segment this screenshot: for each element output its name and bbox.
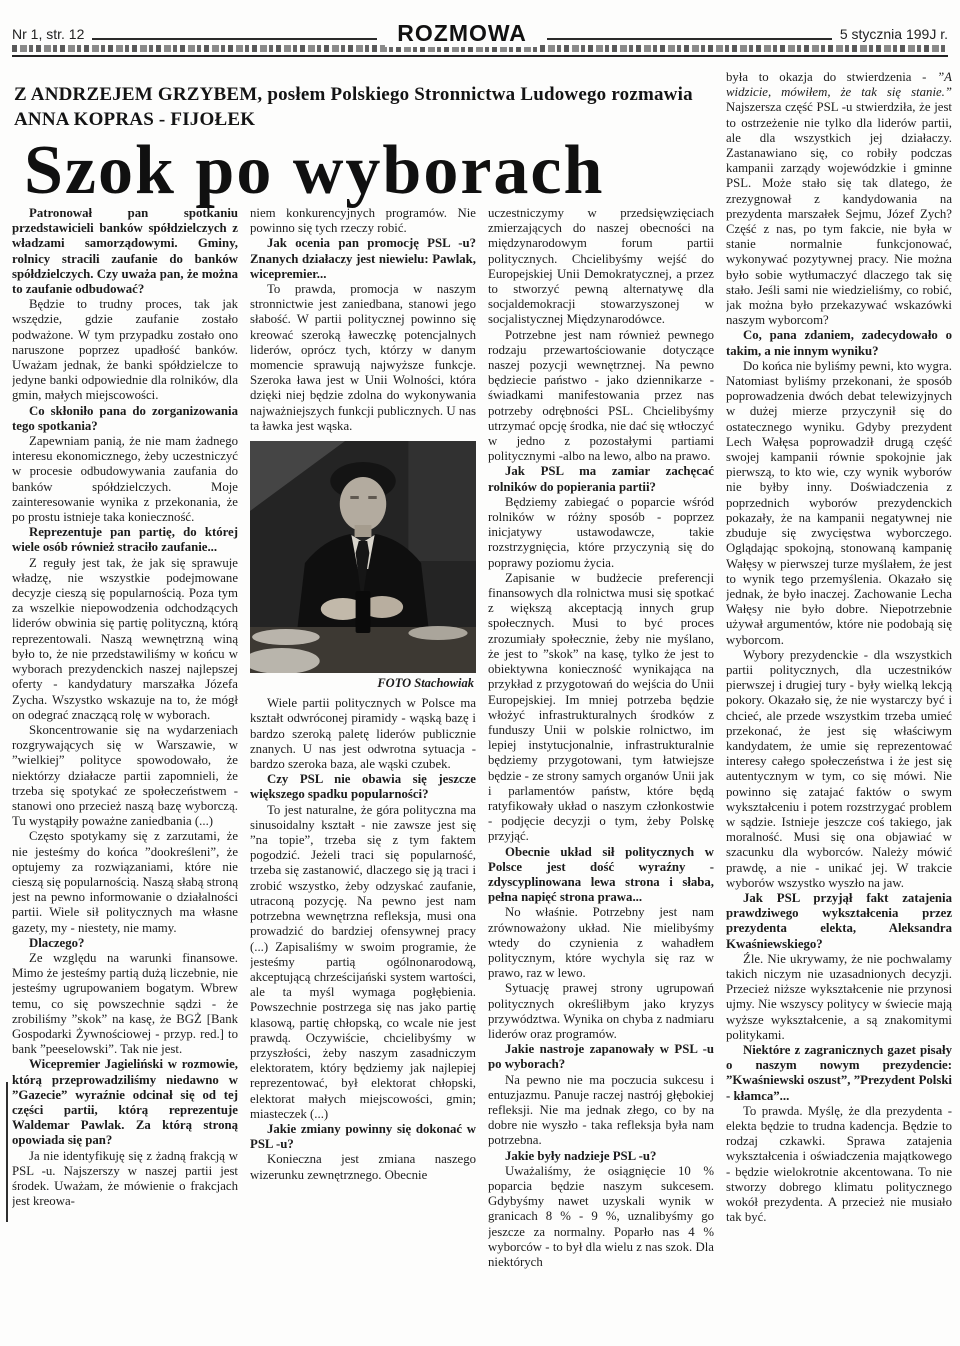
answer-paragraph: Będzie to trudny proces, tak jak wszędzi…	[12, 297, 238, 403]
answer-paragraph: Zapisanie w budżecie preferencji finanso…	[488, 571, 714, 845]
question-paragraph: Jakie zmiany powinny się dokonać w PSL -…	[250, 1122, 476, 1152]
question-paragraph: Patronował pan spotkaniu przedstawicieli…	[12, 206, 238, 297]
answer-paragraph: uczestniczymy w przedsięwzięciach zmierz…	[488, 206, 714, 328]
interview-photo: FOTO Stachowiak	[250, 441, 476, 691]
decorative-rule-solid	[12, 55, 948, 57]
question-paragraph: Co, pana zdaniem, zadecydowało o takim, …	[726, 328, 952, 358]
header-rule-left	[92, 38, 377, 40]
answer-paragraph: Często spotykamy się z zarzutami, że nie…	[12, 829, 238, 935]
question-paragraph: Jak ocenia pan promocję PSL -u? Znanych …	[250, 236, 476, 282]
text-column-3: uczestniczymy w przedsięwzięciach zmierz…	[488, 206, 714, 1346]
answer-paragraph: Potrzebne jest nam również pewnego rodza…	[488, 328, 714, 465]
question-paragraph: Jak PSL ma zamiar zachęcać rolników do p…	[488, 464, 714, 494]
answer-paragraph: Do końca nie byliśmy pewni, kto wygra. N…	[726, 359, 952, 648]
column-2-top: niem konkurencyjnych programów. Nie powi…	[250, 206, 476, 434]
issue-label: Nr 1, str. 12	[12, 26, 84, 42]
scan-artifact	[6, 1082, 8, 1222]
question-paragraph: Obecnie układ sił politycznych w Polsce …	[488, 845, 714, 906]
question-paragraph: Reprezentuje pan partię, do której wiele…	[12, 525, 238, 555]
answer-paragraph: niem konkurencyjnych programów. Nie powi…	[250, 206, 476, 236]
answer-paragraph: Skoncentrowanie się na wydarzeniach rozg…	[12, 723, 238, 829]
portrait-photo-graphic	[250, 441, 476, 673]
newspaper-page: { "header": { "issue_label": "Nr 1, str.…	[0, 0, 960, 1346]
answer-paragraph: Konieczna jest zmiana naszego wizerunku …	[250, 1152, 476, 1182]
text-column-4: była to okazja do stwierdzenia - ”A widz…	[726, 70, 952, 1332]
question-paragraph: Jakie nastroje zapanowały w PSL -u po wy…	[488, 1042, 714, 1072]
answer-paragraph: No właśnie. Potrzebny jest nam zrównoważ…	[488, 905, 714, 981]
question-paragraph: Jak PSL przyjął fakt zatajenia prawdziwe…	[726, 891, 952, 952]
page-header: Nr 1, str. 12 ROZMOWA 5 stycznia 199J r.	[12, 20, 948, 47]
photo-microphone	[356, 591, 371, 633]
header-rule-right	[547, 38, 832, 40]
question-paragraph: Co skłoniło pana do zorganizowania tego …	[12, 404, 238, 434]
question-paragraph: Niektóre z zagranicznych gazet pisały o …	[726, 1043, 952, 1104]
article-header: Z ANDRZEJEM GRZYBEM, posłem Polskiego St…	[14, 82, 714, 205]
answer-paragraph: Sytuację prawej strony ugrupowań polityc…	[488, 981, 714, 1042]
answer-paragraph: Będziemy zabiegać o poparcie wśród rolni…	[488, 495, 714, 571]
answer-paragraph: Na pewno nie ma poczucia sukcesu i entuz…	[488, 1073, 714, 1149]
date-label: 5 stycznia 199J r.	[840, 26, 948, 42]
answer-paragraph: Ja nie identyfikuję się z żadną frakcją …	[12, 1149, 238, 1210]
question-paragraph: Czy PSL nie obawia się jeszcze większego…	[250, 772, 476, 802]
answer-paragraph: To prawda, promocja w naszym stronnictwi…	[250, 282, 476, 434]
photo-face	[340, 477, 386, 531]
answer-paragraph: była to okazja do stwierdzenia - ”A widz…	[726, 70, 952, 328]
section-title: ROZMOWA	[385, 20, 539, 47]
page: Nr 1, str. 12 ROZMOWA 5 stycznia 199J r.…	[0, 0, 960, 1346]
answer-paragraph: To prawda. Myślę, że dla prezydenta - el…	[726, 1104, 952, 1226]
answer-paragraph: Wiele partii politycznych w Polsce ma ks…	[250, 696, 476, 772]
text-column-2: niem konkurencyjnych programów. Nie powi…	[250, 206, 476, 1346]
answer-paragraph: Źle. Nie ukrywamy, że nie pochwalamy tak…	[726, 952, 952, 1043]
answer-paragraph: Ze względu na warunki finansowe. Mimo że…	[12, 951, 238, 1057]
answer-paragraph: Uważaliśmy, że osiągnięcie 10 % poparcia…	[488, 1164, 714, 1270]
article-headline: Szok po wyborach	[24, 138, 714, 205]
answer-paragraph: Wybory prezydenckie - dla wszystkich par…	[726, 648, 952, 891]
photo-caption: FOTO Stachowiak	[250, 676, 474, 691]
question-paragraph: Jakie były nadzieje PSL -u?	[488, 1149, 714, 1164]
article-kicker: Z ANDRZEJEM GRZYBEM, posłem Polskiego St…	[14, 82, 714, 132]
answer-paragraph: Z reguły jest tak, że jak się sprawuje w…	[12, 556, 238, 723]
text-column-1: Patronował pan spotkaniu przedstawicieli…	[12, 206, 238, 1346]
question-paragraph: Dlaczego?	[12, 936, 238, 951]
column-2-bottom: Wiele partii politycznych w Polsce ma ks…	[250, 696, 476, 1183]
photo-neck	[355, 525, 372, 537]
question-paragraph: Wicepremier Jagieliński w rozmowie, któr…	[12, 1057, 238, 1148]
answer-paragraph: Zapewniam panią, że nie mam żadnego inte…	[12, 434, 238, 525]
answer-paragraph: To jest naturalne, że góra polityczna ma…	[250, 803, 476, 1122]
